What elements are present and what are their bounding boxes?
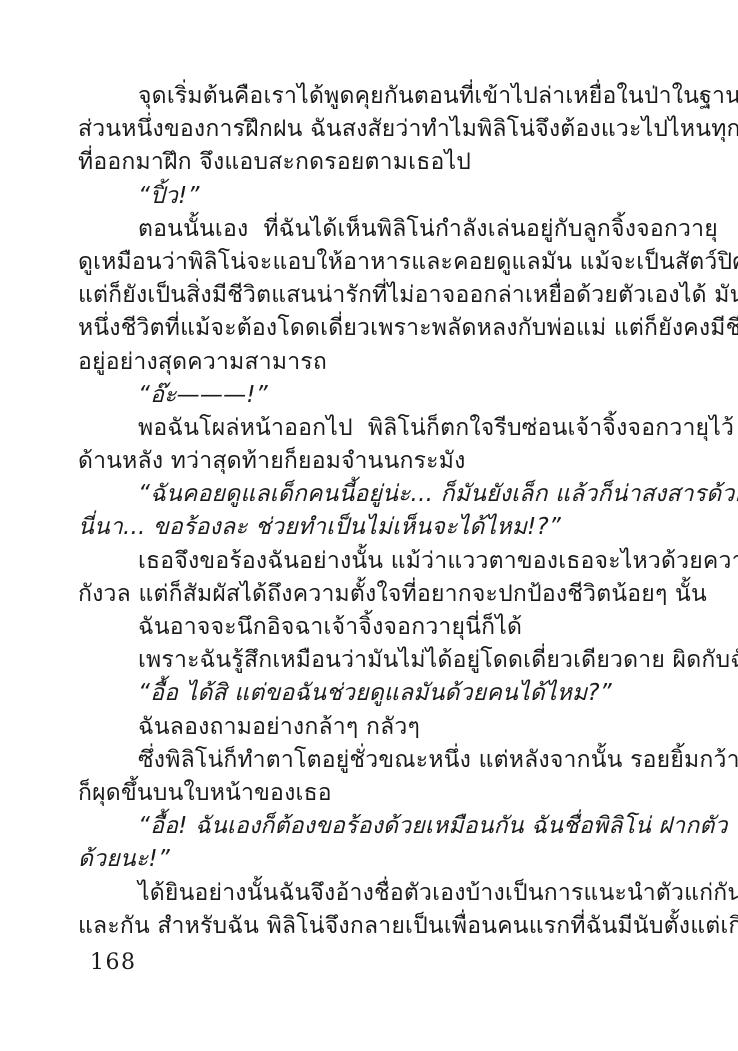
dialogue-line: ด้วยนะ!” (78, 843, 696, 876)
text-line: ส่วนหนึ่งของการฝึกฝน ฉันสงสัยว่าทำไมพิลิ… (78, 113, 696, 146)
text-line: ได้ยินอย่างนั้นฉันจึงอ้างชื่อตัวเองบ้างเ… (78, 877, 696, 910)
dialogue-line: “อ๊ะ———!” (78, 379, 696, 412)
text-line: ซึ่งพิลิโน่ก็ทำตาโตอยู่ชั่วขณะหนึ่ง แต่ห… (78, 744, 696, 777)
text-line: ตอนนั้นเอง ที่ฉันได้เห็นพิลิโน่กำลังเล่น… (78, 213, 696, 246)
text-line: เธอจึงขอร้องฉันอย่างนั้น แม้ว่าแววตาของเ… (78, 545, 696, 578)
text-line: ที่ออกมาฝึก จึงแอบสะกดรอยตามเธอไป (78, 146, 696, 179)
dialogue-line: นี่นา... ขอร้องละ ช่วยทำเป็นไม่เห็นจะได้… (78, 511, 696, 544)
text-line: หนึ่งชีวิตที่แม้จะต้องโดดเดี่ยวเพราะพลัด… (78, 312, 696, 345)
dialogue-line: “อื้อ ได้สิ แต่ขอฉันช่วยดูแลมันด้วยคนได้… (78, 677, 696, 710)
text-line: กังวล แต่ก็สัมผัสได้ถึงความตั้งใจที่อยาก… (78, 578, 696, 611)
text-line: พอฉันโผล่หน้าออกไป พิลิโน่ก็ตกใจรีบซ่อนเ… (78, 412, 696, 445)
text-line: ดูเหมือนว่าพิลิโน่จะแอบให้อาหารและคอยดูแ… (78, 246, 696, 279)
text-line: และกัน สำหรับฉัน พิลิโน่จึงกลายเป็นเพื่อ… (78, 910, 696, 943)
text-line: จุดเริ่มต้นคือเราได้พูดคุยกันตอนที่เข้าไ… (78, 80, 696, 113)
body-text: จุดเริ่มต้นคือเราได้พูดคุยกันตอนที่เข้าไ… (78, 80, 696, 943)
book-page: จุดเริ่มต้นคือเราได้พูดคุยกันตอนที่เข้าไ… (0, 0, 738, 1051)
page-number: 168 (90, 950, 137, 975)
dialogue-line: “ปิ้ว!” (78, 180, 696, 213)
text-line: ฉันอาจจะนึกอิจฉาเจ้าจิ้งจอกวายุนี่ก็ได้ (78, 611, 696, 644)
text-line: อยู่อย่างสุดความสามารถ (78, 346, 696, 379)
text-line: ก็ผุดขึ้นบนใบหน้าของเธอ (78, 777, 696, 810)
text-line: ฉันลองถามอย่างกล้าๆ กลัวๆ (78, 711, 696, 744)
dialogue-line: “อื้อ! ฉันเองก็ต้องขอร้องด้วยเหมือนกัน ฉ… (78, 810, 696, 843)
dialogue-line: “ฉันคอยดูแลเด็กคนนี้อยู่น่ะ... ก็มันยังเ… (78, 478, 696, 511)
text-line: ด้านหลัง ทว่าสุดท้ายก็ยอมจำนนกระมัง (78, 445, 696, 478)
text-line: เพราะฉันรู้สึกเหมือนว่ามันไม่ได้อยู่โดดเ… (78, 644, 696, 677)
text-line: แต่ก็ยังเป็นสิ่งมีชีวิตแสนน่ารักที่ไม่อา… (78, 279, 696, 312)
